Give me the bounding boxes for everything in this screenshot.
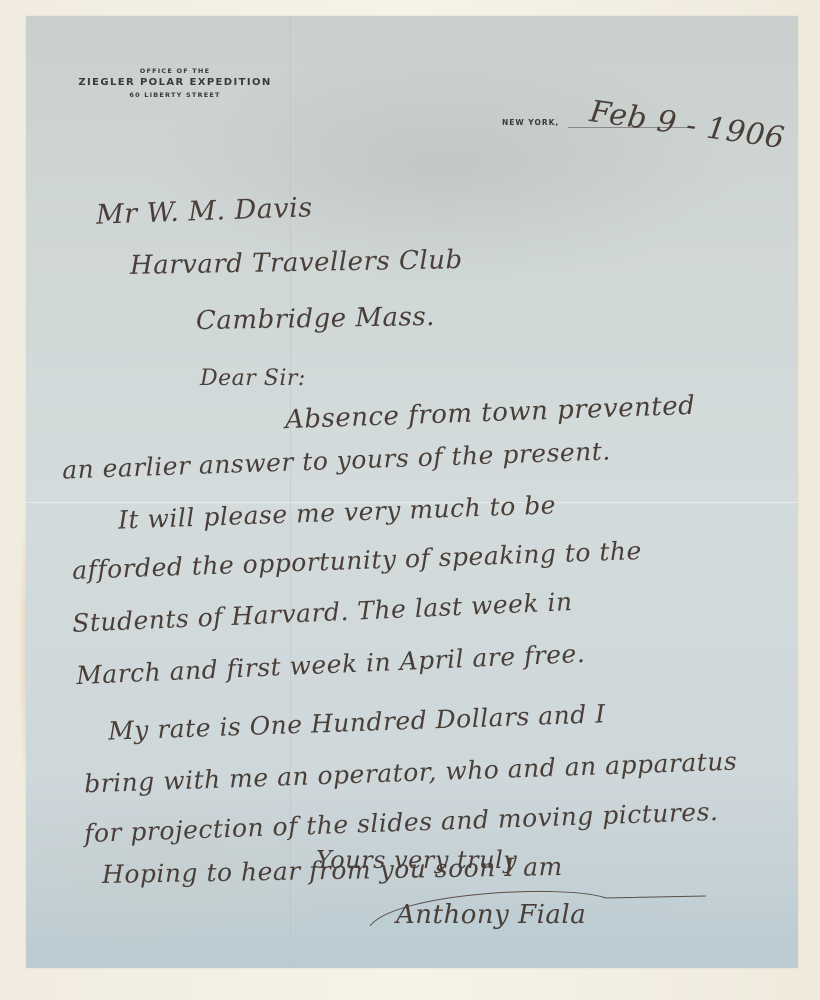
- letterhead-address: 60 LIBERTY STREET: [60, 90, 290, 100]
- recipient-line-1: Harvard Travellers Club: [130, 245, 463, 281]
- salutation: Dear Sir:: [200, 366, 306, 391]
- letterhead: OFFICE OF THE ZIEGLER POLAR EXPEDITION 6…: [60, 66, 290, 100]
- dateline-city: NEW YORK,: [502, 118, 559, 127]
- recipient-line-2: Cambridge Mass.: [196, 302, 435, 336]
- letterhead-office-line: OFFICE OF THE: [60, 66, 290, 76]
- complimentary-close: Yours very truly: [316, 846, 517, 874]
- signature: Anthony Fiala: [396, 900, 586, 930]
- letterhead-organization: ZIEGLER POLAR EXPEDITION: [60, 76, 290, 90]
